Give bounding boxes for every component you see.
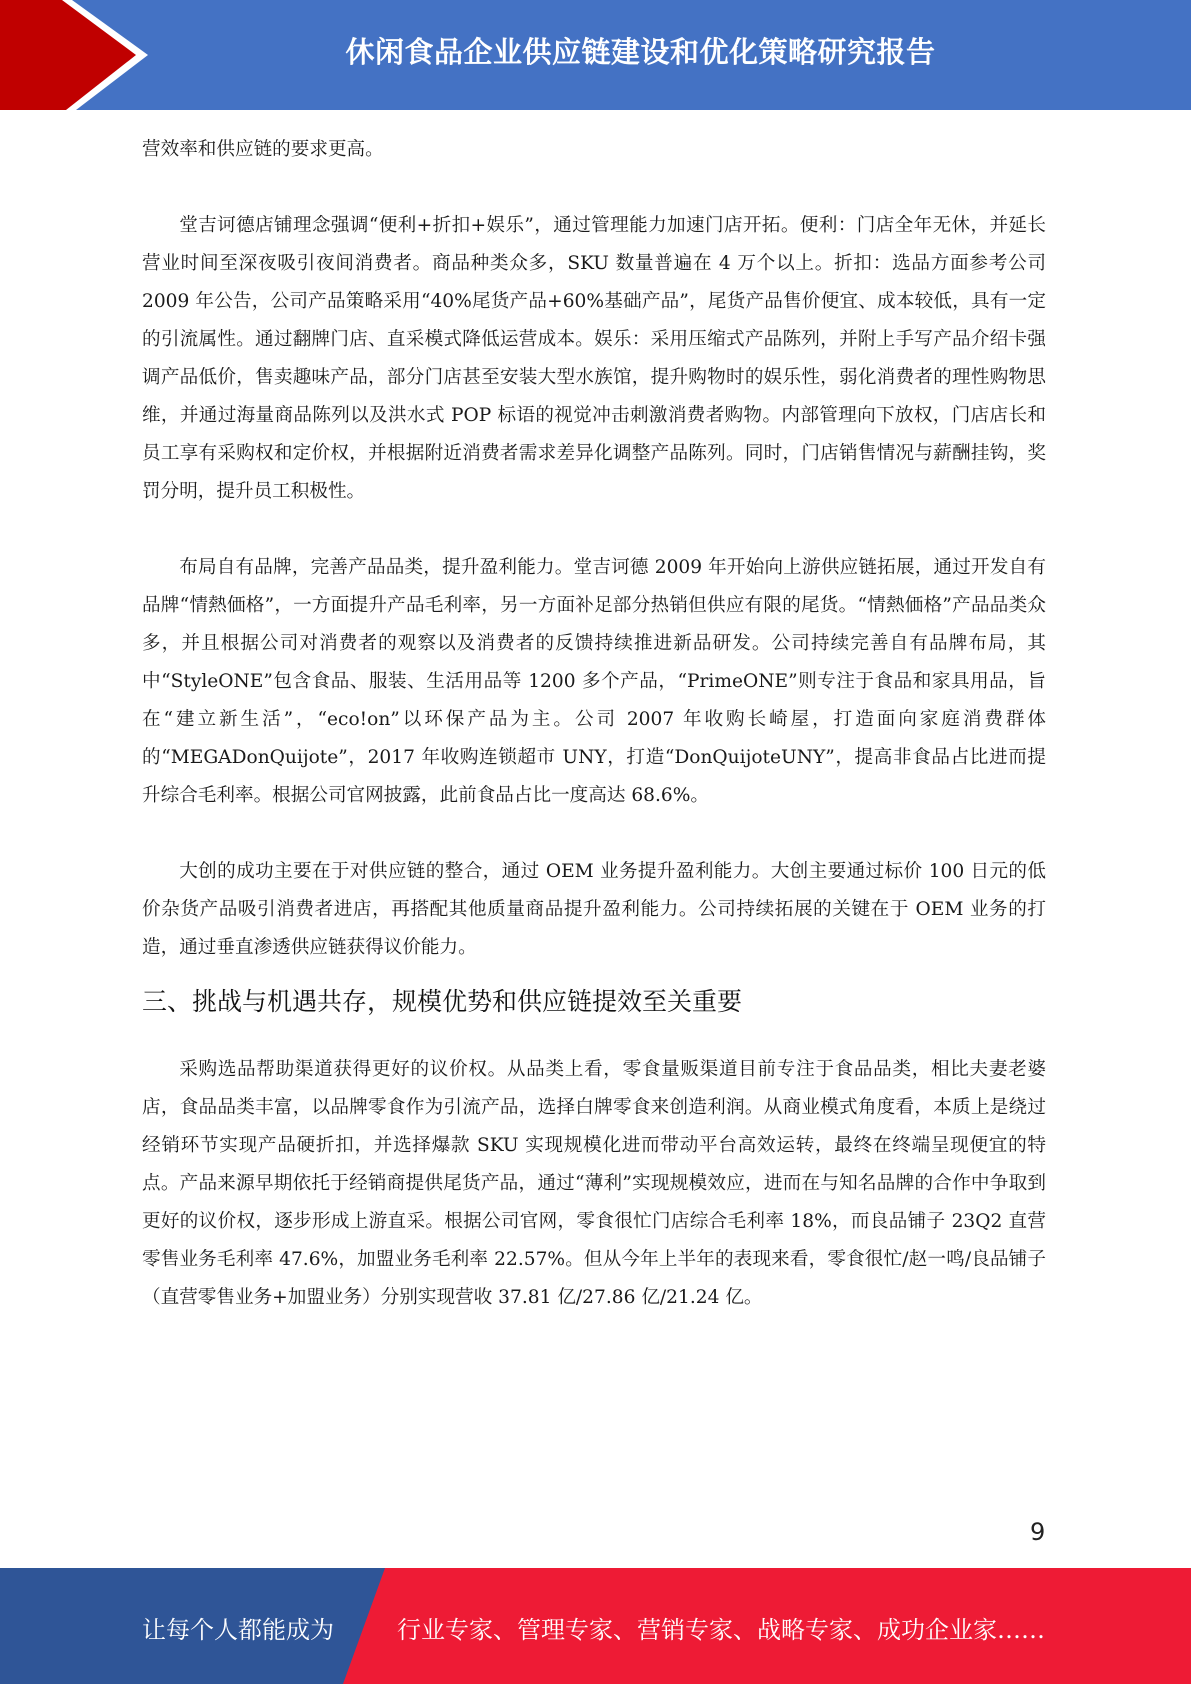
- document-body: 营效率和供应链的要求更高。 堂吉诃德店铺理念强调“便利+折扣+娱乐”，通过管理能…: [142, 131, 1046, 1317]
- footer-slogan-left: 让每个人都能成为: [142, 1610, 334, 1645]
- footer-slogan-right: 行业专家、管理专家、营销专家、战略专家、成功企业家……: [397, 1610, 1045, 1645]
- page-number: 9: [1030, 1518, 1090, 1546]
- paragraph-procurement: 采购选品帮助渠道获得更好的议价权。从品类上看，零食量贩渠道目前专注于食品品类，相…: [142, 1051, 1046, 1317]
- page-footer: 让每个人都能成为 行业专家、管理专家、营销专家、战略专家、成功企业家……: [0, 1568, 1191, 1684]
- paragraph-daiso-oem: 大创的成功主要在于对供应链的整合，通过 OEM 业务提升盈利能力。大创主要通过标…: [142, 853, 1046, 967]
- page-header: 休闲食品企业供应链建设和优化策略研究报告: [0, 0, 1191, 110]
- document-title: 休闲食品企业供应链建设和优化策略研究报告: [150, 0, 1191, 100]
- paragraph-continued: 营效率和供应链的要求更高。: [142, 131, 1046, 169]
- section-heading: 三、挑战与机遇共存，规模优势和供应链提效至关重要: [142, 983, 1046, 1021]
- paragraph-private-brand: 布局自有品牌，完善产品品类，提升盈利能力。堂吉诃德 2009 年开始向上游供应链…: [142, 549, 1046, 815]
- paragraph-don-quijote-store-concept: 堂吉诃德店铺理念强调“便利+折扣+娱乐”，通过管理能力加速门店开拓。便利：门店全…: [142, 207, 1046, 511]
